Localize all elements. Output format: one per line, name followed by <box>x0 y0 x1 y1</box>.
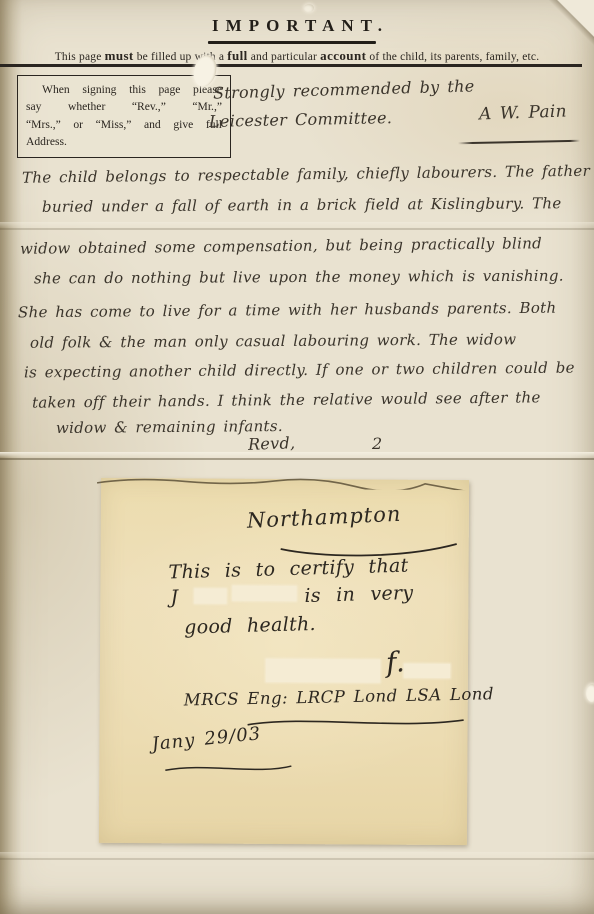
handwritten-page-number: 2 <box>372 434 382 453</box>
paper-damage-spot <box>304 4 314 12</box>
flourish-underline <box>163 760 293 777</box>
note-child-initial: J <box>170 586 179 608</box>
instruction-bold-account: account <box>320 48 366 63</box>
title-underline <box>208 41 376 44</box>
handwritten-body-line: taken off their hands. I think the relat… <box>32 388 541 411</box>
handwritten-recommendation-line1: Strongly recommended by the <box>213 76 475 102</box>
note-date: Jany 29/03 <box>151 723 262 755</box>
instruction-text: This page <box>55 51 105 63</box>
signing-box-line: Address. <box>26 133 222 150</box>
fold-crease <box>0 852 594 862</box>
signing-box-line: When signing this page please <box>26 81 222 98</box>
handwritten-body-line: buried under a fall of earth in a brick … <box>42 194 562 216</box>
handwritten-recommendation-line2: Leicester Committee. <box>209 108 393 131</box>
paper-damage-spot <box>586 684 594 702</box>
handwritten-body-line: she can do nothing but live upon the mon… <box>34 267 564 288</box>
torn-edge-line <box>95 474 495 490</box>
horizontal-rule <box>0 64 582 67</box>
handwritten-revd: Revd, <box>248 433 296 454</box>
note-health-line2: good health. <box>184 613 316 639</box>
signing-box-line: say whether “Rev.,” “Mr.,” <box>26 98 222 115</box>
redaction-box <box>404 664 450 678</box>
note-place-heading: Northampton <box>246 502 401 533</box>
redaction-box-signature <box>266 659 380 683</box>
attached-certificate-note: Northampton This is to certify that J is… <box>99 478 469 845</box>
doctor-credentials: MRCS Eng: LRCP Lond LSA Lond <box>184 684 495 709</box>
signing-box-line: “Mrs.,” or “Miss,” and give full <box>26 116 222 133</box>
page-title: IMPORTANT. <box>0 16 594 36</box>
doctor-signature-flourish: f. <box>385 645 406 679</box>
signing-instructions-box: When signing this page please say whethe… <box>17 75 231 158</box>
fold-crease <box>0 452 594 462</box>
redaction-box <box>232 586 296 601</box>
redaction-box <box>194 588 226 603</box>
instruction-line: This page must be filled up with a full … <box>0 48 594 64</box>
instruction-bold-full: full <box>227 48 247 63</box>
handwritten-signature: A W. Pain <box>479 101 568 124</box>
fold-crease <box>0 222 594 232</box>
scanned-document-page: IMPORTANT. This page must be filled up w… <box>0 0 594 914</box>
handwritten-body-line: old folk & the man only casual labouring… <box>30 330 516 351</box>
note-certify-line: This is to certify that <box>168 555 409 584</box>
signature-underline <box>458 140 580 145</box>
flourish-underline <box>246 713 466 732</box>
handwritten-body-line: is expecting another child directly. If … <box>24 359 575 382</box>
handwritten-body-line: She has come to live for a time with her… <box>18 299 557 322</box>
handwritten-body-line: widow obtained some compensation, but be… <box>20 234 542 257</box>
note-health-line: is in very <box>304 582 414 607</box>
handwritten-body-line: The child belongs to respectable family,… <box>22 161 594 186</box>
instruction-bold-must: must <box>105 48 134 63</box>
